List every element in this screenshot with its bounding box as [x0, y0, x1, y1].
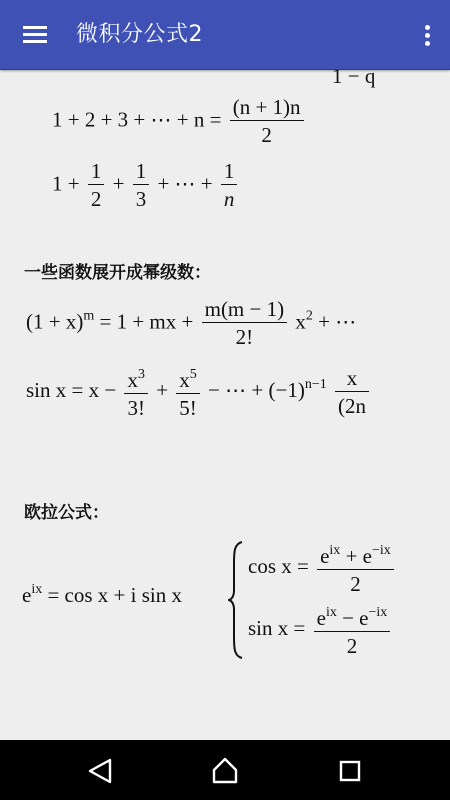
exponent: −ix [372, 543, 391, 558]
numerator: x [335, 365, 369, 391]
fraction: (n + 1)n 2 [230, 94, 304, 149]
arithmetic-sum-formula: 1 + 2 + 3 + ⋯ + n = (n + 1)n 2 [52, 94, 307, 149]
exponent: m [83, 308, 94, 323]
app-bar: 微积分公式2 [0, 0, 450, 70]
denominator: 2 [88, 184, 105, 213]
formula-lhs: cos x = [248, 554, 309, 578]
geometric-series-partial: 1 − q [332, 70, 375, 89]
denominator: 2! [202, 322, 288, 351]
numerator: 1 [88, 158, 105, 184]
formula-tail: + ⋯ [318, 309, 356, 333]
exponent: 5 [190, 367, 197, 382]
ellipsis: + ⋯ + [157, 171, 212, 195]
sin-euler-formula: sin x = eix − e−ix 2 [248, 600, 393, 660]
formula-term: x [295, 309, 306, 333]
formula-mid: − ⋯ + (−1) [208, 378, 305, 402]
page-title: 微积分公式2 [76, 18, 203, 52]
fraction: 1 n [221, 158, 238, 213]
formula-rhs: = cos x + i sin x [47, 583, 182, 607]
hamburger-menu-icon-bar [23, 33, 47, 36]
exponent: n−1 [305, 377, 327, 392]
numerator: 1 [221, 158, 238, 184]
euler-formula: eix = cos x + i sin x [22, 582, 182, 608]
fraction: eix + e−ix 2 [317, 538, 394, 598]
sine-series-formula: sin x = x − x3 3! + x5 5! − ⋯ + (−1)n−1 … [26, 362, 372, 422]
exponent: ix [31, 582, 42, 597]
exponent: 3 [138, 367, 145, 382]
numerator: x [179, 368, 190, 392]
numerator: m(m − 1) [202, 296, 288, 322]
operator: − [342, 606, 354, 630]
denominator: 2 [317, 569, 394, 598]
exponent: −ix [369, 605, 388, 620]
overflow-menu-button[interactable] [418, 22, 436, 48]
exponent: 2 [306, 308, 313, 323]
formula-lhs: e [22, 583, 31, 607]
fraction: 1 2 [88, 158, 105, 213]
numerator-term: e [359, 606, 368, 630]
denominator: 3 [133, 184, 150, 213]
fraction: eix − e−ix 2 [314, 600, 391, 660]
denominator: 3! [124, 393, 148, 422]
recents-square-icon [310, 740, 390, 800]
cos-euler-formula: cos x = eix + e−ix 2 [248, 538, 397, 598]
formula-content[interactable]: 1 − q 1 + 2 + 3 + ⋯ + n = (n + 1)n 2 1 +… [0, 70, 450, 740]
system-nav-bar [0, 740, 450, 800]
operator: + [346, 544, 358, 568]
denominator: (2n [335, 391, 369, 420]
numerator: (n + 1)n [230, 94, 304, 120]
denominator: 5! [176, 393, 200, 422]
more-vert-icon-dot [425, 41, 430, 46]
harmonic-series-formula: 1 + 1 2 + 1 3 + ⋯ + 1 n [52, 158, 240, 213]
numerator-term: e [317, 606, 326, 630]
plus-sign: + [113, 171, 125, 195]
denominator: n [221, 184, 238, 213]
left-brace-icon [228, 540, 244, 660]
menu-button[interactable] [18, 22, 52, 48]
formula-lhs: sin x = [248, 616, 305, 640]
recents-button[interactable] [310, 740, 390, 800]
fraction: x (2n [335, 365, 369, 420]
exponent: ix [326, 605, 337, 620]
fraction: 1 3 [133, 158, 150, 213]
denominator: 2 [230, 120, 304, 149]
more-vert-icon-dot [425, 33, 430, 38]
binomial-series-formula: (1 + x)m = 1 + mx + m(m − 1) 2! x2 + ⋯ [26, 296, 356, 351]
home-icon [185, 740, 265, 800]
fraction: x3 3! [124, 362, 148, 422]
plus-sign: + [156, 378, 168, 402]
home-button[interactable] [185, 740, 265, 800]
formula-mid: = 1 + mx + [99, 309, 193, 333]
numerator-term: e [363, 544, 372, 568]
back-button[interactable] [60, 740, 140, 800]
back-triangle-icon [60, 740, 140, 800]
formula-lead: 1 + [52, 171, 80, 195]
hamburger-menu-icon-bar [23, 40, 47, 43]
fraction: m(m − 1) 2! [202, 296, 288, 351]
denominator: 2 [314, 631, 391, 660]
exponent: ix [329, 543, 340, 558]
more-vert-icon [425, 25, 430, 30]
numerator: x [127, 368, 138, 392]
formula-fragment: 1 − q [332, 70, 375, 88]
section-heading-euler: 欧拉公式： [24, 498, 109, 523]
formula-lhs: 1 + 2 + 3 + ⋯ + n = [52, 107, 221, 131]
formula-lhs: (1 + x) [26, 309, 83, 333]
formula-lhs: sin x = x − [26, 378, 116, 402]
numerator: 1 [133, 158, 150, 184]
fraction: x5 5! [176, 362, 200, 422]
hamburger-menu-icon [23, 26, 47, 29]
section-heading-power-series: 一些函数展开成幂级数： [24, 258, 211, 283]
